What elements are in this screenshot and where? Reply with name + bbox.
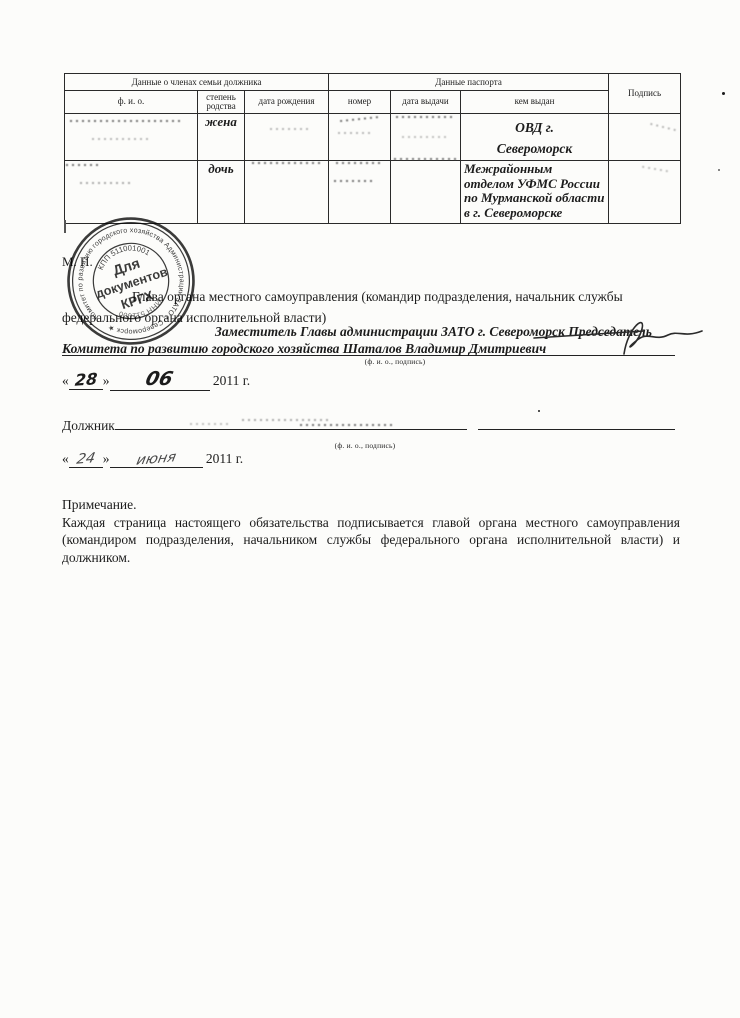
handwritten-signature [528, 306, 708, 362]
debtor-date-line: «24»июня 2011 г. [62, 451, 243, 468]
table-group-header-row: Данные о членах семьи должника Данные па… [65, 74, 681, 91]
family-members-table: Данные о членах семьи должника Данные па… [64, 73, 681, 224]
cell-birth-date-illegible [245, 114, 329, 161]
illegible-mark [80, 182, 132, 184]
handwritten-month: июня [135, 449, 177, 468]
cell-number-illegible [329, 161, 391, 224]
illegible-mark [270, 128, 312, 130]
cell-birth-date-illegible [245, 161, 329, 224]
quote-open: « [62, 373, 69, 388]
illegible-mark [300, 424, 392, 426]
illegible-mark [252, 162, 324, 164]
scanned-document-page: Данные о членах семьи должника Данные па… [0, 0, 740, 1018]
illegible-mark [402, 136, 446, 138]
illegible-mark [92, 138, 152, 140]
illegible-mark [190, 423, 230, 425]
quote-open: « [62, 451, 69, 466]
year-label: 2011 г. [206, 451, 243, 466]
scan-speck [718, 169, 720, 171]
col-header-number: номер [329, 91, 391, 114]
illegible-mark [70, 120, 182, 122]
illegible-mark [336, 162, 384, 164]
group-header-passport: Данные паспорта [329, 74, 609, 91]
note-block: Примечание. Каждая страница настоящего о… [62, 496, 680, 566]
col-header-issued-by: кем выдан [461, 91, 609, 114]
fio-signature-caption: (ф. и. о., подпись) [330, 357, 460, 366]
illegible-mark [338, 132, 372, 134]
head-date-line: «28»06 2011 г. [62, 368, 250, 391]
quote-close: » [103, 373, 110, 388]
illegible-mark [66, 164, 100, 166]
table-column-header-row: ф. и. о. степень родства дата рождения н… [65, 91, 681, 114]
cell-issued-by: Межрайонным отделом УФМС России по Мурма… [461, 161, 609, 224]
cell-issue-date-illegible [391, 161, 461, 224]
debtor-label: Должник [62, 418, 115, 433]
cell-signature-illegible [609, 161, 681, 224]
scan-speck [538, 410, 540, 412]
col-header-birth-date: дата рождения [245, 91, 329, 114]
handwritten-month: 06 [144, 368, 176, 390]
year-label: 2011 г. [213, 373, 250, 388]
cell-issued-by: ОВД г. Североморск [461, 114, 609, 161]
col-header-fio: ф. и. о. [65, 91, 198, 114]
quote-close: » [103, 451, 110, 466]
illegible-mark [242, 419, 332, 421]
col-header-relation: степень родства [198, 91, 245, 114]
cell-signature-illegible [609, 114, 681, 161]
scan-artifact-line [64, 220, 66, 233]
note-text: Каждая страница настоящего обязательства… [62, 514, 680, 567]
note-title: Примечание. [62, 496, 680, 514]
group-header-signature: Подпись [609, 74, 681, 114]
illegible-mark [394, 158, 460, 160]
cell-number-illegible [329, 114, 391, 161]
illegible-mark [334, 180, 374, 182]
handwritten-day: 28 [74, 369, 98, 390]
handwritten-day: 24 [75, 450, 96, 467]
scan-speck [722, 92, 725, 95]
illegible-mark [396, 116, 456, 118]
fio-signature-caption: (ф. и. о., подпись) [300, 441, 430, 450]
group-header-family: Данные о членах семьи должника [65, 74, 329, 91]
cell-relation: жена [198, 114, 245, 161]
cell-relation: дочь [198, 161, 245, 224]
col-header-issue-date: дата выдачи [391, 91, 461, 114]
